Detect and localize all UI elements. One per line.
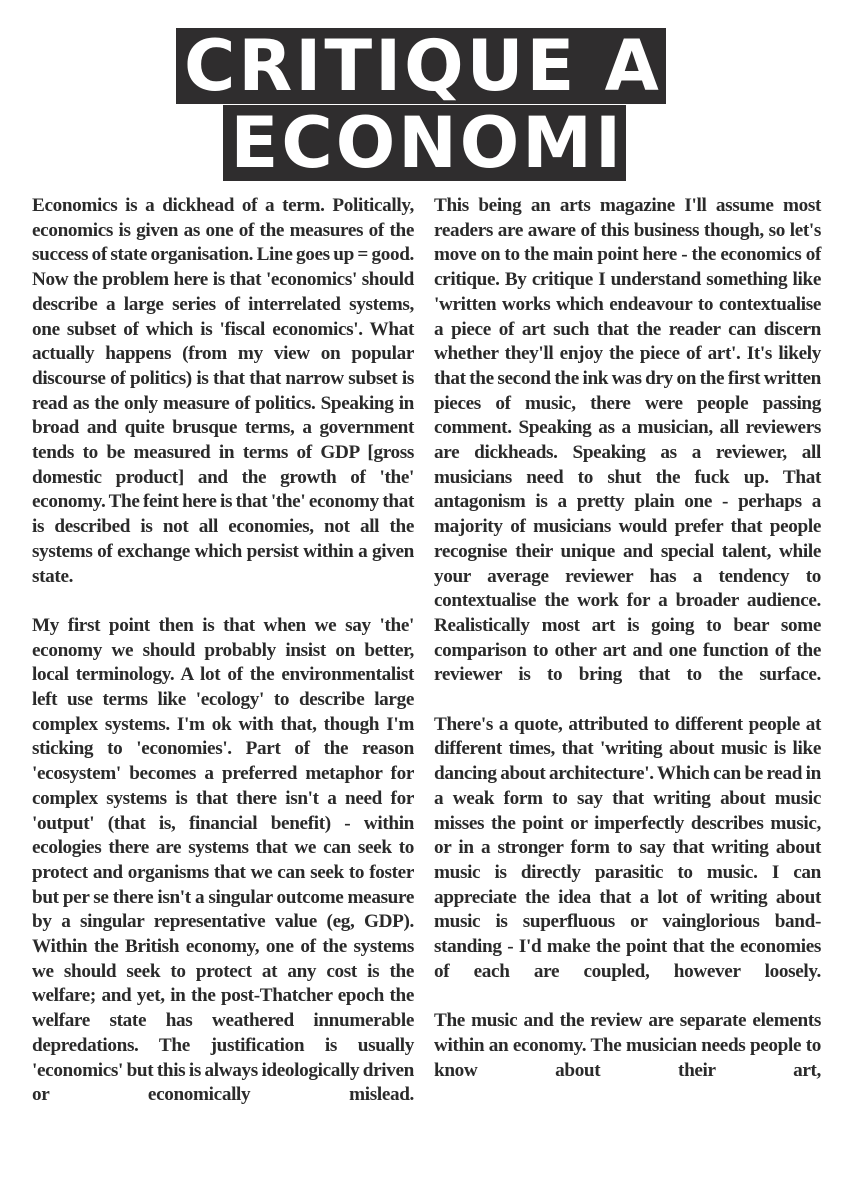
article-title: Critique and Economics xyxy=(0,28,846,181)
paragraph: Economics is a dickhead of a term. Polit… xyxy=(32,194,414,589)
article-body: Economics is a dickhead of a term. Polit… xyxy=(32,194,821,1133)
title-line-1: Critique and xyxy=(176,28,666,104)
paragraph: There's a quote, attributed to different… xyxy=(434,713,821,985)
right-column: This being an arts magazine I'll assume … xyxy=(434,194,821,1133)
paragraph: The music and the review are separate el… xyxy=(434,1009,821,1083)
paragraph: My first point then is that when we say … xyxy=(32,614,414,1108)
left-column: Economics is a dickhead of a term. Polit… xyxy=(32,194,414,1133)
title-line-2: Economics xyxy=(223,105,626,181)
paragraph: This being an arts magazine I'll assume … xyxy=(434,194,821,688)
